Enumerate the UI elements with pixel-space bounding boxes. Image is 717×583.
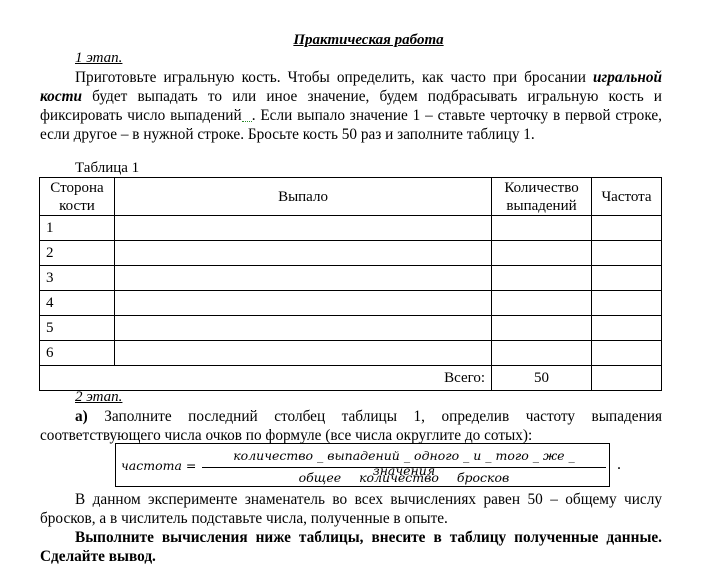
- formula-trailing-dot: .: [617, 456, 621, 474]
- frequency-formula: частота = количество _ выпадений _ одног…: [115, 443, 610, 487]
- cell-frequency[interactable]: [592, 266, 662, 291]
- cell-frequency[interactable]: [592, 291, 662, 316]
- header-frequency: Частота: [592, 178, 662, 216]
- item-text: Заполните последний столбец таблицы 1, о…: [40, 408, 662, 444]
- cell-side: 2: [40, 241, 115, 266]
- table-row: 2: [40, 241, 662, 266]
- formula-fraction-bar: [202, 467, 606, 468]
- table-caption: Таблица 1: [75, 160, 139, 177]
- table-header-row: Сторонакости Выпало Количествовыпадений …: [40, 178, 662, 216]
- header-side: Сторонакости: [40, 178, 115, 216]
- formula-lhs: частота =: [121, 458, 196, 473]
- cell-marks[interactable]: [114, 316, 491, 341]
- cell-marks[interactable]: [114, 266, 491, 291]
- formula-denominator: общее количество бросков: [202, 470, 606, 485]
- stage-2-item-a: а) Заполните последний столбец таблицы 1…: [40, 407, 662, 445]
- total-label: Всего:: [40, 366, 492, 391]
- total-frequency[interactable]: [592, 366, 662, 391]
- cell-count[interactable]: [492, 266, 592, 291]
- cell-frequency[interactable]: [592, 241, 662, 266]
- header-count: Количествовыпадений: [492, 178, 592, 216]
- cell-side: 3: [40, 266, 115, 291]
- cell-frequency[interactable]: [592, 316, 662, 341]
- cell-count[interactable]: [492, 316, 592, 341]
- total-count: 50: [492, 366, 592, 391]
- cell-frequency[interactable]: [592, 216, 662, 241]
- cell-marks[interactable]: [114, 216, 491, 241]
- stage-2-note: В данном эксперименте знаменатель во все…: [40, 490, 662, 528]
- cell-marks[interactable]: [114, 291, 491, 316]
- stage-2-instruction: Выполните вычисления ниже таблицы, внеси…: [40, 528, 662, 566]
- cell-side: 4: [40, 291, 115, 316]
- cell-count[interactable]: [492, 241, 592, 266]
- stage-2-label: 2 этап.: [75, 389, 122, 406]
- stage-1-paragraph: Приготовьте игральную кость. Чтобы опред…: [40, 68, 662, 144]
- table-total-row: Всего: 50: [40, 366, 662, 391]
- cell-count[interactable]: [492, 216, 592, 241]
- cell-frequency[interactable]: [592, 341, 662, 366]
- cell-marks[interactable]: [114, 241, 491, 266]
- header-marks: Выпало: [114, 178, 491, 216]
- document-title: Практическая работа: [0, 32, 717, 49]
- cell-side: 5: [40, 316, 115, 341]
- results-table: Сторонакости Выпало Количествовыпадений …: [39, 177, 662, 391]
- table-row: 4: [40, 291, 662, 316]
- cell-marks[interactable]: [114, 341, 491, 366]
- cell-side: 6: [40, 341, 115, 366]
- stage-1-text-before: Приготовьте игральную кость. Чтобы опред…: [75, 69, 593, 86]
- table-row: 5: [40, 316, 662, 341]
- item-letter: а): [75, 408, 88, 425]
- stage-1-label: 1 этап.: [75, 50, 122, 67]
- table-row: 3: [40, 266, 662, 291]
- table-row: 1: [40, 216, 662, 241]
- spellcheck-squiggle: [242, 117, 252, 122]
- cell-side: 1: [40, 216, 115, 241]
- cell-count[interactable]: [492, 291, 592, 316]
- table-row: 6: [40, 341, 662, 366]
- cell-count[interactable]: [492, 341, 592, 366]
